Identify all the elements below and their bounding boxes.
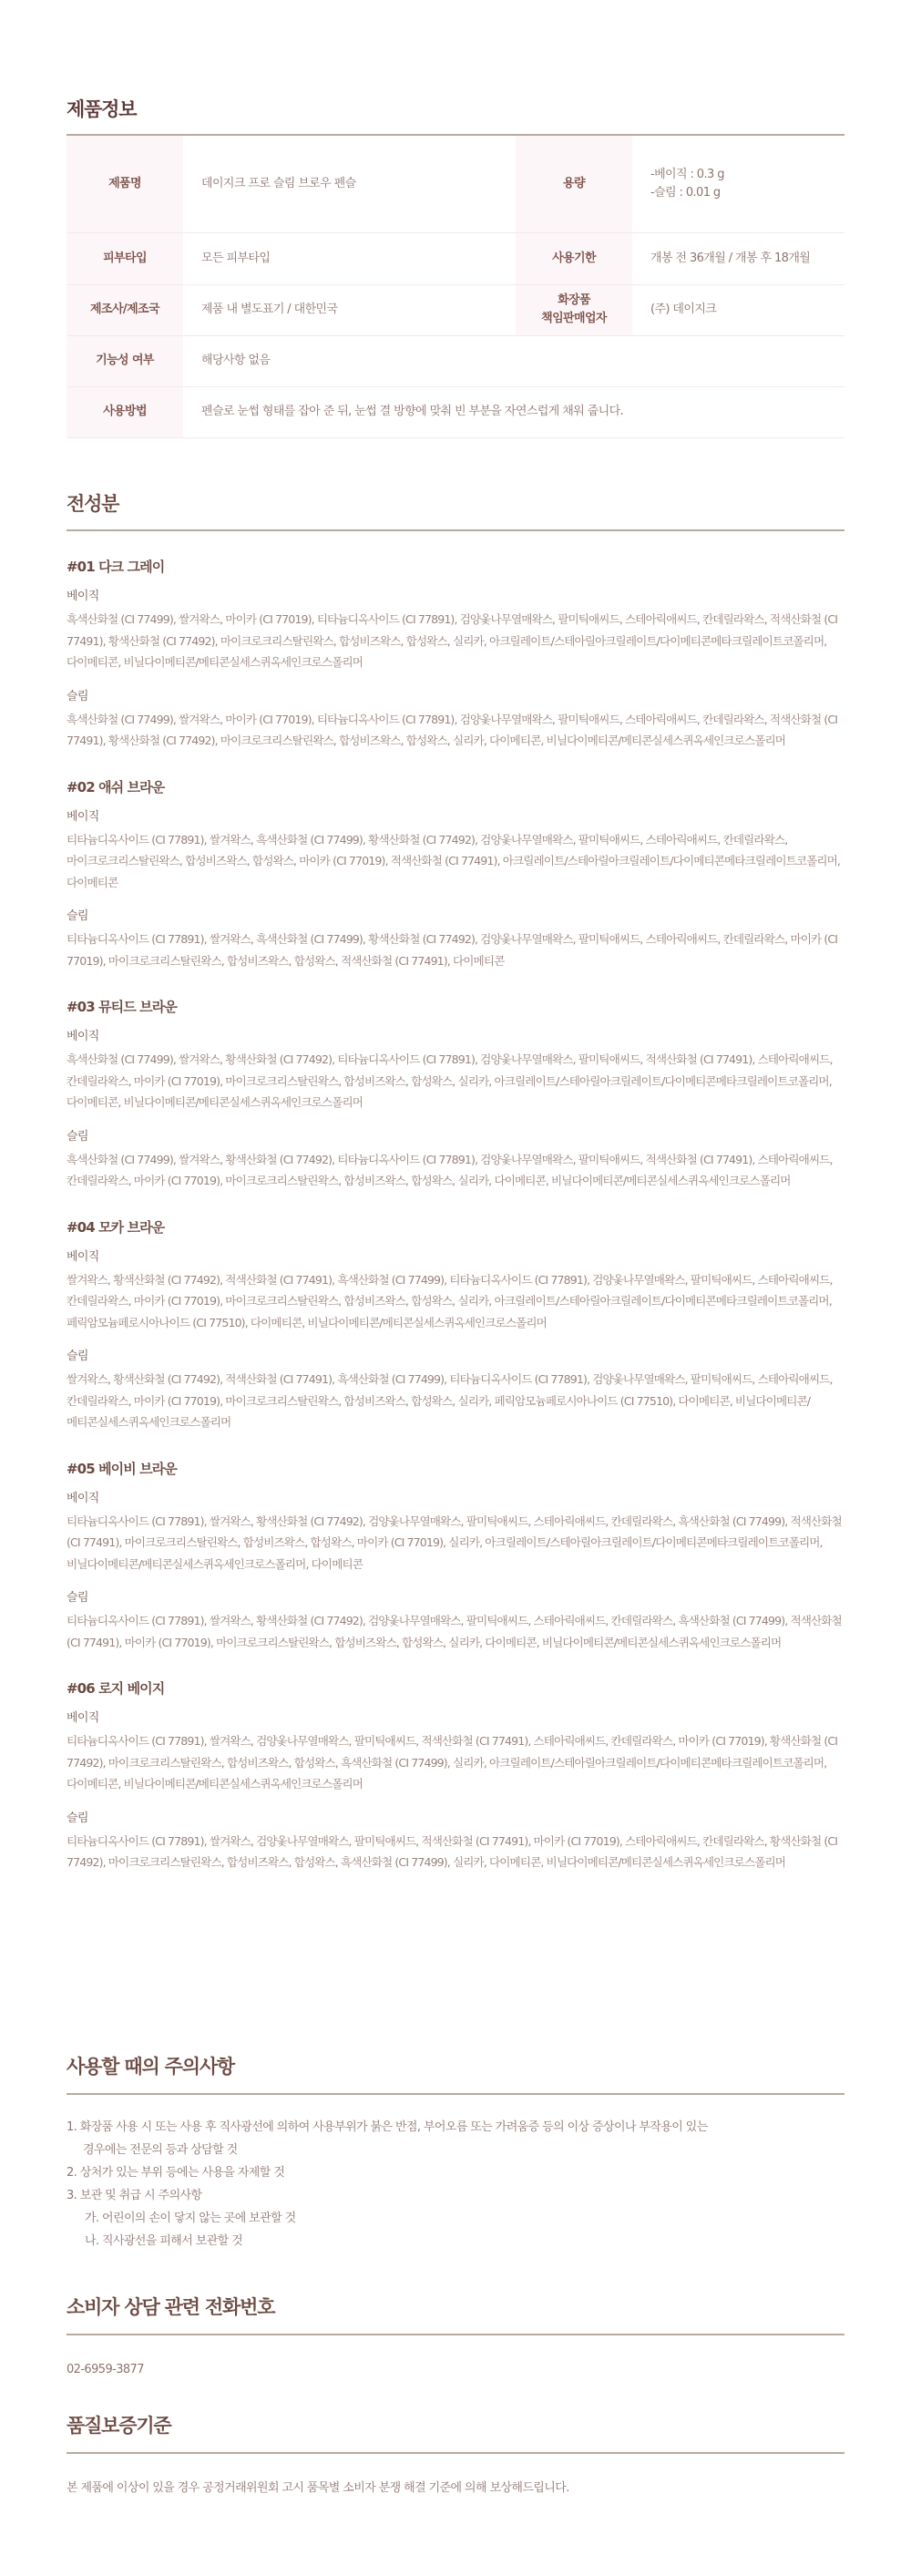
shade-block: #02 애쉬 브라운 베이직 티타늄디옥사이드 (CI 77891), 쌀겨왁스… <box>67 777 844 972</box>
label-seller: 화장품 책임판매업자 <box>516 284 632 335</box>
ingredient-list: 티타늄디옥사이드 (CI 77891), 쌀겨왁스, 황색산화철 (CI 774… <box>67 1511 844 1575</box>
shade-block: #06 로지 베이지 베이직 티타늄디옥사이드 (CI 77891), 쌀겨왁스… <box>67 1678 844 1873</box>
product-info-title: 제품정보 <box>67 96 844 123</box>
type-label-slim: 슬림 <box>67 1128 844 1146</box>
value-product-name: 데이지크 프로 슬림 브로우 펜슬 <box>183 136 516 232</box>
value-usage: 펜슬로 눈썹 형태를 잡아 준 뒤, 눈썹 결 방향에 맞춰 빈 부분을 자연스… <box>183 386 844 437</box>
value-manufacturer: 제품 내 별도표기 / 대한민국 <box>183 284 516 335</box>
consumer-phone-number: 02-6959-3877 <box>67 2358 844 2381</box>
consumer-phone-title: 소비자 상담 관련 전화번호 <box>67 2294 844 2321</box>
ingredient-list: 흑색산화철 (CI 77499), 쌀겨왁스, 황색산화철 (CI 77492)… <box>67 1049 844 1114</box>
ingredient-list: 티타늄디옥사이드 (CI 77891), 쌀겨왁스, 황색산화철 (CI 774… <box>67 1610 844 1653</box>
label-manufacturer: 제조사/제조국 <box>67 284 183 335</box>
product-info-table: 제품명 데이지크 프로 슬림 브로우 펜슬 용량 -베이직 : 0.3 g -슬… <box>67 136 844 438</box>
caution-item: 경우에는 전문의 등과 상담할 것 <box>67 2139 844 2161</box>
type-label-slim: 슬림 <box>67 908 844 926</box>
table-row: 사용방법 펜슬로 눈썹 형태를 잡아 준 뒤, 눈썹 결 방향에 맞춰 빈 부분… <box>67 386 844 437</box>
value-volume: -베이직 : 0.3 g -슬림 : 0.01 g <box>632 136 844 232</box>
table-row: 기능성 여부 해당사항 없음 <box>67 335 844 386</box>
type-label-slim: 슬림 <box>67 1589 844 1607</box>
type-label-basic: 베이직 <box>67 1248 844 1267</box>
label-product-name: 제품명 <box>67 136 183 232</box>
ingredient-list: 티타늄디옥사이드 (CI 77891), 쌀겨왁스, 검양옻나무열매왁스, 팔미… <box>67 1831 844 1873</box>
ingredient-list: 티타늄디옥사이드 (CI 77891), 쌀겨왁스, 흑색산화철 (CI 774… <box>67 829 844 894</box>
ingredients-title: 전성분 <box>67 490 844 518</box>
label-seller-line1: 화장품 <box>516 292 632 310</box>
table-row: 제조사/제조국 제품 내 별도표기 / 대한민국 화장품 책임판매업자 (주) … <box>67 284 844 335</box>
type-label-slim: 슬림 <box>67 1348 844 1366</box>
value-skin-type: 모든 피부타입 <box>183 232 516 284</box>
ingredient-list: 흑색산화철 (CI 77499), 쌀겨왁스, 마이카 (CI 77019), … <box>67 709 844 752</box>
caution-item: 2. 상처가 있는 부위 등에는 사용을 자제할 것 <box>67 2161 844 2184</box>
type-label-basic: 베이직 <box>67 588 844 606</box>
cautions-section: 사용할 때의 주의사항 1. 화장품 사용 시 또는 사용 후 직사광선에 의하… <box>67 2053 844 2253</box>
table-row: 제품명 데이지크 프로 슬림 브로우 펜슬 용량 -베이직 : 0.3 g -슬… <box>67 136 844 232</box>
ingredient-list: 흑색산화철 (CI 77499), 쌀겨왁스, 황색산화철 (CI 77492)… <box>67 1149 844 1192</box>
shade-name: #01 다크 그레이 <box>67 557 844 577</box>
shade-block: #03 뮤티드 브라운 베이직 흑색산화철 (CI 77499), 쌀겨왁스, … <box>67 997 844 1192</box>
ingredient-list: 쌀겨왁스, 황색산화철 (CI 77492), 적색산화철 (CI 77491)… <box>67 1269 844 1334</box>
type-label-slim: 슬림 <box>67 688 844 706</box>
ingredient-list: 흑색산화철 (CI 77499), 쌀겨왁스, 마이카 (CI 77019), … <box>67 609 844 673</box>
ingredient-list: 쌀겨왁스, 황색산화철 (CI 77492), 적색산화철 (CI 77491)… <box>67 1369 844 1433</box>
shade-name: #04 모카 브라운 <box>67 1217 844 1237</box>
quality-text: 본 제품에 이상이 있을 경우 공정거래위원회 고시 품목별 소비자 분쟁 해결… <box>67 2477 844 2499</box>
value-seller: (주) 데이지크 <box>632 284 844 335</box>
product-info-section: 제품정보 제품명 데이지크 프로 슬림 브로우 펜슬 용량 -베이직 : 0.3… <box>67 96 844 438</box>
type-label-slim: 슬림 <box>67 1810 844 1828</box>
label-volume: 용량 <box>516 136 632 232</box>
caution-item: 가. 어린이의 손이 닿지 않는 곳에 보관할 것 <box>67 2207 844 2230</box>
shade-name: #05 베이비 브라운 <box>67 1459 844 1479</box>
divider <box>67 2093 844 2095</box>
caution-list: 1. 화장품 사용 시 또는 사용 후 직사광선에 의하여 사용부위가 붉은 반… <box>67 2116 844 2253</box>
shade-block: #05 베이비 브라운 베이직 티타늄디옥사이드 (CI 77891), 쌀겨왁… <box>67 1459 844 1654</box>
label-skin-type: 피부타입 <box>67 232 183 284</box>
value-functional: 해당사항 없음 <box>183 335 844 386</box>
quality-section: 품질보증기준 본 제품에 이상이 있을 경우 공정거래위원회 고시 품목별 소비… <box>67 2412 844 2499</box>
type-label-basic: 베이직 <box>67 1709 844 1728</box>
type-label-basic: 베이직 <box>67 1028 844 1046</box>
ingredients-section: 전성분 #01 다크 그레이 베이직 흑색산화철 (CI 77499), 쌀겨왁… <box>67 490 844 1873</box>
ingredient-list: 티타늄디옥사이드 (CI 77891), 쌀겨왁스, 흑색산화철 (CI 774… <box>67 929 844 971</box>
shade-block: #01 다크 그레이 베이직 흑색산화철 (CI 77499), 쌀겨왁스, 마… <box>67 557 844 752</box>
cautions-title: 사용할 때의 주의사항 <box>67 2053 844 2080</box>
divider <box>67 2334 844 2335</box>
type-label-basic: 베이직 <box>67 1490 844 1508</box>
table-row: 피부타입 모든 피부타입 사용기한 개봉 전 36개월 / 개봉 후 18개월 <box>67 232 844 284</box>
divider <box>67 529 844 531</box>
label-usage: 사용방법 <box>67 386 183 437</box>
label-functional: 기능성 여부 <box>67 335 183 386</box>
volume-slim: -슬림 : 0.01 g <box>650 184 844 202</box>
volume-basic: -베이직 : 0.3 g <box>650 166 844 184</box>
ingredient-list: 티타늄디옥사이드 (CI 77891), 쌀겨왁스, 검양옻나무열매왁스, 팔미… <box>67 1730 844 1795</box>
caution-item: 3. 보관 및 취급 시 주의사항 <box>67 2184 844 2207</box>
shade-name: #03 뮤티드 브라운 <box>67 997 844 1017</box>
consumer-phone-section: 소비자 상담 관련 전화번호 02-6959-3877 <box>67 2294 844 2381</box>
shade-block: #04 모카 브라운 베이직 쌀겨왁스, 황색산화철 (CI 77492), 적… <box>67 1217 844 1433</box>
label-expiry: 사용기한 <box>516 232 632 284</box>
value-expiry: 개봉 전 36개월 / 개봉 후 18개월 <box>632 232 844 284</box>
divider <box>67 2452 844 2454</box>
caution-item: 1. 화장품 사용 시 또는 사용 후 직사광선에 의하여 사용부위가 붉은 반… <box>67 2116 844 2139</box>
shade-name: #02 애쉬 브라운 <box>67 777 844 797</box>
shade-name: #06 로지 베이지 <box>67 1678 844 1699</box>
type-label-basic: 베이직 <box>67 808 844 826</box>
quality-title: 품질보증기준 <box>67 2412 844 2439</box>
label-seller-line2: 책임판매업자 <box>516 310 632 328</box>
caution-item: 나. 직사광선을 피해서 보관할 것 <box>67 2230 844 2253</box>
